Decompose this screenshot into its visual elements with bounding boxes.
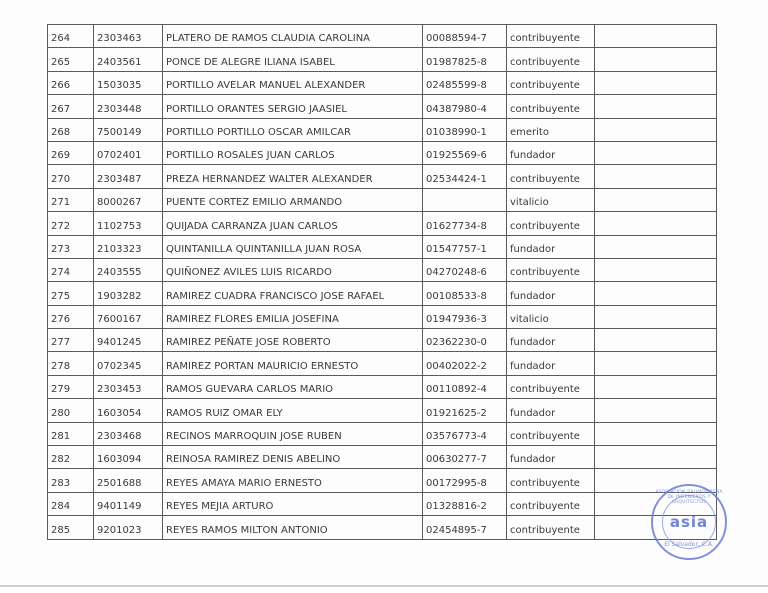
- row-number-cell: 278: [48, 352, 94, 375]
- member-code-cell-text: 2103323: [97, 244, 142, 255]
- row-number-cell-text: 283: [51, 478, 70, 489]
- row-number-cell: 265: [48, 48, 94, 71]
- member-name-cell-text: PORTILLO ORANTES SERGIO JAASIEL: [166, 104, 347, 115]
- blank-cell: [595, 235, 717, 258]
- member-id-cell: 01328816-2: [423, 492, 507, 515]
- table-row: 2661503035PORTILLO AVELAR MANUEL ALEXAND…: [48, 71, 717, 94]
- row-number-cell-text: 282: [51, 454, 70, 465]
- member-id-cell-text: 00088594-7: [426, 33, 487, 44]
- row-number-cell-text: 272: [51, 221, 70, 232]
- row-number-cell: 283: [48, 469, 94, 492]
- member-id-cell: 02454895-7: [423, 516, 507, 539]
- member-code-cell-text: 0702345: [97, 361, 142, 372]
- member-type-cell-text: contribuyente: [510, 501, 580, 512]
- member-id-cell-text: 02485599-8: [426, 80, 487, 91]
- member-name-cell-text: PLATERO DE RAMOS CLAUDIA CAROLINA: [166, 33, 370, 44]
- member-name-cell: PORTILLO AVELAR MANUEL ALEXANDER: [163, 71, 423, 94]
- member-type-cell: fundador: [507, 329, 595, 352]
- row-number-cell: 277: [48, 329, 94, 352]
- blank-cell: [595, 71, 717, 94]
- member-id-cell: 03576773-4: [423, 422, 507, 445]
- member-code-cell-text: 7500149: [97, 127, 142, 138]
- member-id-cell: 04270248-6: [423, 258, 507, 281]
- member-id-cell: 02485599-8: [423, 71, 507, 94]
- row-number-cell-text: 276: [51, 314, 70, 325]
- row-number-cell-text: 274: [51, 267, 70, 278]
- member-id-cell: 01038990-1: [423, 118, 507, 141]
- member-code-cell-text: 1603094: [97, 454, 142, 465]
- member-code-cell: 9401245: [94, 329, 163, 352]
- table-row: 2821603094REINOSA RAMIREZ DENIS ABELINO0…: [48, 446, 717, 469]
- row-number-cell-text: 278: [51, 361, 70, 372]
- member-name-cell: PREZA HERNANDEZ WALTER ALEXANDER: [163, 165, 423, 188]
- table-row: 2652403561PONCE DE ALEGRE ILIANA ISABEL0…: [48, 48, 717, 71]
- member-type-cell: fundador: [507, 282, 595, 305]
- member-code-cell-text: 1603054: [97, 408, 142, 419]
- member-name-cell-text: RAMIREZ PORTAN MAURICIO ERNESTO: [166, 361, 358, 372]
- table-row: 2801603054RAMOS RUIZ OMAR ELY01921625-2f…: [48, 399, 717, 422]
- row-number-cell: 271: [48, 188, 94, 211]
- blank-cell: [595, 399, 717, 422]
- member-code-cell: 2303487: [94, 165, 163, 188]
- member-id-cell-text: 01328816-2: [426, 501, 487, 512]
- member-type-cell-text: contribuyente: [510, 33, 580, 44]
- member-name-cell: RAMIREZ FLORES EMILIA JOSEFINA: [163, 305, 423, 328]
- member-name-cell-text: REYES MEJIA ARTURO: [166, 501, 273, 512]
- member-code-cell-text: 2303453: [97, 384, 142, 395]
- table-row: 2690702401PORTILLO ROSALES JUAN CARLOS01…: [48, 141, 717, 164]
- member-id-cell: 00108533-8: [423, 282, 507, 305]
- member-id-cell: 00110892-4: [423, 375, 507, 398]
- table-row: 2642303463PLATERO DE RAMOS CLAUDIA CAROL…: [48, 25, 717, 48]
- member-name-cell-text: PREZA HERNANDEZ WALTER ALEXANDER: [166, 174, 373, 185]
- member-id-cell-text: 01627734-8: [426, 221, 487, 232]
- blank-cell: [595, 352, 717, 375]
- member-id-cell: 01947936-3: [423, 305, 507, 328]
- row-number-cell-text: 284: [51, 501, 70, 512]
- member-id-cell-text: 01547757-1: [426, 244, 487, 255]
- stamp-ring-text-bottom: El Salvador, C.A.: [653, 541, 725, 548]
- member-id-cell-text: 02362230-0: [426, 337, 487, 348]
- member-type-cell: contribuyente: [507, 258, 595, 281]
- blank-cell: [595, 375, 717, 398]
- member-name-cell-text: RAMOS GUEVARA CARLOS MARIO: [166, 384, 333, 395]
- table-row: 2742403555QUIÑONEZ AVILES LUIS RICARDO04…: [48, 258, 717, 281]
- member-code-cell-text: 2303448: [97, 104, 142, 115]
- member-name-cell-text: REYES AMAYA MARIO ERNESTO: [166, 478, 322, 489]
- row-number-cell-text: 269: [51, 150, 70, 161]
- member-type-cell: contribuyente: [507, 212, 595, 235]
- member-id-cell: 00402022-2: [423, 352, 507, 375]
- member-id-cell-text: 03576773-4: [426, 431, 487, 442]
- row-number-cell-text: 277: [51, 337, 70, 348]
- member-code-cell-text: 7600167: [97, 314, 142, 325]
- member-name-cell: RAMOS GUEVARA CARLOS MARIO: [163, 375, 423, 398]
- stamp-logo: asia: [653, 513, 725, 531]
- member-name-cell: RAMIREZ PEÑATE JOSE ROBERTO: [163, 329, 423, 352]
- member-name-cell-text: RECINOS MARROQUIN JOSE RUBEN: [166, 431, 342, 442]
- member-type-cell: fundador: [507, 352, 595, 375]
- member-type-cell: contribuyente: [507, 95, 595, 118]
- member-code-cell: 1503035: [94, 71, 163, 94]
- blank-cell: [595, 165, 717, 188]
- row-number-cell-text: 273: [51, 244, 70, 255]
- member-code-cell-text: 9201023: [97, 525, 142, 536]
- member-type-cell: contribuyente: [507, 165, 595, 188]
- member-code-cell-text: 0702401: [97, 150, 142, 161]
- member-type-cell-text: vitalicio: [510, 314, 549, 325]
- member-type-cell-text: vitalicio: [510, 197, 549, 208]
- row-number-cell: 275: [48, 282, 94, 305]
- table-row: 2859201023REYES RAMOS MILTON ANTONIO0245…: [48, 516, 717, 539]
- row-number-cell-text: 285: [51, 525, 70, 536]
- member-code-cell-text: 1503035: [97, 80, 142, 91]
- member-name-cell-text: PORTILLO ROSALES JUAN CARLOS: [166, 150, 335, 161]
- row-number-cell-text: 267: [51, 104, 70, 115]
- member-name-cell-text: RAMIREZ PEÑATE JOSE ROBERTO: [166, 337, 331, 348]
- table-row: 2779401245RAMIREZ PEÑATE JOSE ROBERTO023…: [48, 329, 717, 352]
- row-number-cell: 282: [48, 446, 94, 469]
- row-number-cell: 274: [48, 258, 94, 281]
- row-number-cell: 268: [48, 118, 94, 141]
- member-type-cell-text: fundador: [510, 454, 555, 465]
- row-number-cell: 285: [48, 516, 94, 539]
- member-type-cell-text: fundador: [510, 291, 555, 302]
- member-code-cell: 2501688: [94, 469, 163, 492]
- member-name-cell-text: RAMIREZ CUADRA FRANCISCO JOSE RAFAEL: [166, 291, 384, 302]
- table-row: 2792303453RAMOS GUEVARA CARLOS MARIO0011…: [48, 375, 717, 398]
- member-name-cell-text: QUIÑONEZ AVILES LUIS RICARDO: [166, 267, 332, 278]
- row-number-cell: 284: [48, 492, 94, 515]
- table-row: 2751903282RAMIREZ CUADRA FRANCISCO JOSE …: [48, 282, 717, 305]
- blank-cell: [595, 48, 717, 71]
- member-type-cell: contribuyente: [507, 516, 595, 539]
- member-id-cell: 02534424-1: [423, 165, 507, 188]
- member-name-cell: RAMIREZ PORTAN MAURICIO ERNESTO: [163, 352, 423, 375]
- member-id-cell-text: 04270248-6: [426, 267, 487, 278]
- member-code-cell-text: 1903282: [97, 291, 142, 302]
- table-row: 2732103323QUINTANILLA QUINTANILLA JUAN R…: [48, 235, 717, 258]
- member-code-cell: 1603054: [94, 399, 163, 422]
- member-type-cell: contribuyente: [507, 48, 595, 71]
- member-id-cell-text: 01987825-8: [426, 57, 487, 68]
- member-id-cell-text: 01947936-3: [426, 314, 487, 325]
- member-type-cell-text: contribuyente: [510, 80, 580, 91]
- member-type-cell-text: contribuyente: [510, 174, 580, 185]
- blank-cell: [595, 305, 717, 328]
- member-type-cell-text: contribuyente: [510, 104, 580, 115]
- member-type-cell: fundador: [507, 141, 595, 164]
- row-number-cell: 270: [48, 165, 94, 188]
- member-code-cell: 8000267: [94, 188, 163, 211]
- member-code-cell-text: 9401149: [97, 501, 142, 512]
- member-type-cell-text: contribuyente: [510, 267, 580, 278]
- member-id-cell: 04387980-4: [423, 95, 507, 118]
- member-type-cell: contribuyente: [507, 25, 595, 48]
- blank-cell: [595, 422, 717, 445]
- row-number-cell-text: 281: [51, 431, 70, 442]
- row-number-cell: 273: [48, 235, 94, 258]
- member-id-cell: 01987825-8: [423, 48, 507, 71]
- blank-cell: [595, 446, 717, 469]
- member-code-cell: 2103323: [94, 235, 163, 258]
- member-name-cell: RECINOS MARROQUIN JOSE RUBEN: [163, 422, 423, 445]
- member-id-cell: 01627734-8: [423, 212, 507, 235]
- member-id-cell: 01547757-1: [423, 235, 507, 258]
- member-code-cell-text: 2501688: [97, 478, 142, 489]
- member-type-cell: contribuyente: [507, 422, 595, 445]
- member-type-cell-text: fundador: [510, 150, 555, 161]
- member-code-cell: 0702401: [94, 141, 163, 164]
- blank-cell: [595, 258, 717, 281]
- member-type-cell-text: contribuyente: [510, 384, 580, 395]
- member-type-cell: contribuyente: [507, 71, 595, 94]
- table-row: 2780702345RAMIREZ PORTAN MAURICIO ERNEST…: [48, 352, 717, 375]
- member-code-cell-text: 2303468: [97, 431, 142, 442]
- member-name-cell-text: PORTILLO PORTILLO OSCAR AMILCAR: [166, 127, 351, 138]
- member-name-cell-text: RAMIREZ FLORES EMILIA JOSEFINA: [166, 314, 339, 325]
- member-code-cell-text: 8000267: [97, 197, 142, 208]
- table-row: 2672303448PORTILLO ORANTES SERGIO JAASIE…: [48, 95, 717, 118]
- table-row: 2812303468RECINOS MARROQUIN JOSE RUBEN03…: [48, 422, 717, 445]
- member-name-cell: PORTILLO ORANTES SERGIO JAASIEL: [163, 95, 423, 118]
- member-id-cell-text: 02454895-7: [426, 525, 487, 536]
- member-type-cell-text: fundador: [510, 337, 555, 348]
- blank-cell: [595, 95, 717, 118]
- member-id-cell-text: 01038990-1: [426, 127, 487, 138]
- member-code-cell-text: 9401245: [97, 337, 142, 348]
- blank-cell: [595, 141, 717, 164]
- row-number-cell-text: 270: [51, 174, 70, 185]
- table-row: 2849401149REYES MEJIA ARTURO01328816-2co…: [48, 492, 717, 515]
- member-name-cell: RAMOS RUIZ OMAR ELY: [163, 399, 423, 422]
- member-id-cell-text: 00110892-4: [426, 384, 487, 395]
- member-code-cell: 2403555: [94, 258, 163, 281]
- member-name-cell-text: PORTILLO AVELAR MANUEL ALEXANDER: [166, 80, 365, 91]
- row-number-cell: 269: [48, 141, 94, 164]
- row-number-cell-text: 266: [51, 80, 70, 91]
- member-type-cell: contribuyente: [507, 375, 595, 398]
- member-name-cell-text: RAMOS RUIZ OMAR ELY: [166, 408, 283, 419]
- row-number-cell: 264: [48, 25, 94, 48]
- row-number-cell: 266: [48, 71, 94, 94]
- member-type-cell-text: contribuyente: [510, 221, 580, 232]
- member-name-cell: RAMIREZ CUADRA FRANCISCO JOSE RAFAEL: [163, 282, 423, 305]
- member-type-cell-text: contribuyente: [510, 478, 580, 489]
- member-code-cell: 2403561: [94, 48, 163, 71]
- row-number-cell-text: 280: [51, 408, 70, 419]
- member-type-cell: emerito: [507, 118, 595, 141]
- member-name-cell-text: PONCE DE ALEGRE ILIANA ISABEL: [166, 57, 335, 68]
- member-code-cell-text: 1102753: [97, 221, 142, 232]
- member-type-cell-text: contribuyente: [510, 525, 580, 536]
- member-name-cell: PORTILLO PORTILLO OSCAR AMILCAR: [163, 118, 423, 141]
- member-name-cell-text: QUINTANILLA QUINTANILLA JUAN ROSA: [166, 244, 361, 255]
- member-name-cell: QUIJADA CARRANZA JUAN CARLOS: [163, 212, 423, 235]
- blank-cell: [595, 282, 717, 305]
- member-type-cell-text: emerito: [510, 127, 549, 138]
- row-number-cell: 272: [48, 212, 94, 235]
- member-name-cell: QUINTANILLA QUINTANILLA JUAN ROSA: [163, 235, 423, 258]
- row-number-cell: 280: [48, 399, 94, 422]
- member-id-cell-text: 00172995-8: [426, 478, 487, 489]
- member-id-cell: 01921625-2: [423, 399, 507, 422]
- member-id-cell-text: 00402022-2: [426, 361, 487, 372]
- member-name-cell-text: PUENTE CORTEZ EMILIO ARMANDO: [166, 197, 342, 208]
- row-number-cell: 276: [48, 305, 94, 328]
- member-type-cell: contribuyente: [507, 469, 595, 492]
- member-code-cell: 7500149: [94, 118, 163, 141]
- member-id-cell: 00172995-8: [423, 469, 507, 492]
- member-id-cell: [423, 188, 507, 211]
- member-name-cell: PONCE DE ALEGRE ILIANA ISABEL: [163, 48, 423, 71]
- member-id-cell: 00630277-7: [423, 446, 507, 469]
- member-id-cell: 01925569-6: [423, 141, 507, 164]
- table-row: 2702303487PREZA HERNANDEZ WALTER ALEXAND…: [48, 165, 717, 188]
- page-edge-line: [0, 585, 768, 587]
- member-id-cell-text: 00108533-8: [426, 291, 487, 302]
- row-number-cell-text: 265: [51, 57, 70, 68]
- member-code-cell: 1102753: [94, 212, 163, 235]
- member-code-cell: 9201023: [94, 516, 163, 539]
- member-type-cell: fundador: [507, 446, 595, 469]
- member-name-cell: REYES AMAYA MARIO ERNESTO: [163, 469, 423, 492]
- member-code-cell-text: 2303487: [97, 174, 142, 185]
- blank-cell: [595, 212, 717, 235]
- member-name-cell-text: REYES RAMOS MILTON ANTONIO: [166, 525, 328, 536]
- blank-cell: [595, 118, 717, 141]
- member-code-cell: 2303453: [94, 375, 163, 398]
- member-name-cell-text: QUIJADA CARRANZA JUAN CARLOS: [166, 221, 338, 232]
- row-number-cell-text: 275: [51, 291, 70, 302]
- table-row: 2767600167RAMIREZ FLORES EMILIA JOSEFINA…: [48, 305, 717, 328]
- member-code-cell: 2303468: [94, 422, 163, 445]
- document-page: 2642303463PLATERO DE RAMOS CLAUDIA CAROL…: [0, 0, 768, 593]
- row-number-cell-text: 279: [51, 384, 70, 395]
- member-id-cell-text: 00630277-7: [426, 454, 487, 465]
- row-number-cell: 267: [48, 95, 94, 118]
- member-id-cell: 00088594-7: [423, 25, 507, 48]
- member-type-cell: contribuyente: [507, 492, 595, 515]
- member-type-cell-text: contribuyente: [510, 431, 580, 442]
- organization-stamp: ASOCIACION SALVADOREÑA DE INGENIEROS Y A…: [651, 484, 727, 560]
- member-name-cell: PUENTE CORTEZ EMILIO ARMANDO: [163, 188, 423, 211]
- member-type-cell: vitalicio: [507, 188, 595, 211]
- member-code-cell: 7600167: [94, 305, 163, 328]
- table-row: 2721102753QUIJADA CARRANZA JUAN CARLOS01…: [48, 212, 717, 235]
- row-number-cell-text: 271: [51, 197, 70, 208]
- member-id-cell-text: 01921625-2: [426, 408, 487, 419]
- member-name-cell: PORTILLO ROSALES JUAN CARLOS: [163, 141, 423, 164]
- row-number-cell-text: 268: [51, 127, 70, 138]
- member-type-cell-text: fundador: [510, 361, 555, 372]
- member-id-cell: 02362230-0: [423, 329, 507, 352]
- table-row: 2718000267PUENTE CORTEZ EMILIO ARMANDOvi…: [48, 188, 717, 211]
- member-code-cell: 2303463: [94, 25, 163, 48]
- member-id-cell-text: 02534424-1: [426, 174, 487, 185]
- row-number-cell-text: 264: [51, 33, 70, 44]
- member-code-cell-text: 2303463: [97, 33, 142, 44]
- member-name-cell: REYES RAMOS MILTON ANTONIO: [163, 516, 423, 539]
- member-name-cell: PLATERO DE RAMOS CLAUDIA CAROLINA: [163, 25, 423, 48]
- member-id-cell-text: 01925569-6: [426, 150, 487, 161]
- member-code-cell: 1603094: [94, 446, 163, 469]
- blank-cell: [595, 25, 717, 48]
- member-type-cell-text: contribuyente: [510, 57, 580, 68]
- member-type-cell: fundador: [507, 399, 595, 422]
- blank-cell: [595, 188, 717, 211]
- member-type-cell: vitalicio: [507, 305, 595, 328]
- member-name-cell: REYES MEJIA ARTURO: [163, 492, 423, 515]
- member-type-cell-text: fundador: [510, 408, 555, 419]
- member-code-cell: 1903282: [94, 282, 163, 305]
- member-type-cell: fundador: [507, 235, 595, 258]
- member-name-cell: QUIÑONEZ AVILES LUIS RICARDO: [163, 258, 423, 281]
- row-number-cell: 279: [48, 375, 94, 398]
- member-type-cell-text: fundador: [510, 244, 555, 255]
- table-row: 2832501688REYES AMAYA MARIO ERNESTO00172…: [48, 469, 717, 492]
- table-row: 2687500149PORTILLO PORTILLO OSCAR AMILCA…: [48, 118, 717, 141]
- member-code-cell-text: 2403555: [97, 267, 142, 278]
- member-code-cell-text: 2403561: [97, 57, 142, 68]
- member-name-cell: REINOSA RAMIREZ DENIS ABELINO: [163, 446, 423, 469]
- blank-cell: [595, 329, 717, 352]
- member-code-cell: 0702345: [94, 352, 163, 375]
- row-number-cell: 281: [48, 422, 94, 445]
- stamp-ring-text-top: ASOCIACION SALVADOREÑA DE INGENIEROS Y A…: [653, 490, 725, 505]
- member-name-cell-text: REINOSA RAMIREZ DENIS ABELINO: [166, 454, 340, 465]
- member-code-cell: 9401149: [94, 492, 163, 515]
- member-id-cell-text: 04387980-4: [426, 104, 487, 115]
- member-code-cell: 2303448: [94, 95, 163, 118]
- member-table: 2642303463PLATERO DE RAMOS CLAUDIA CAROL…: [47, 24, 717, 540]
